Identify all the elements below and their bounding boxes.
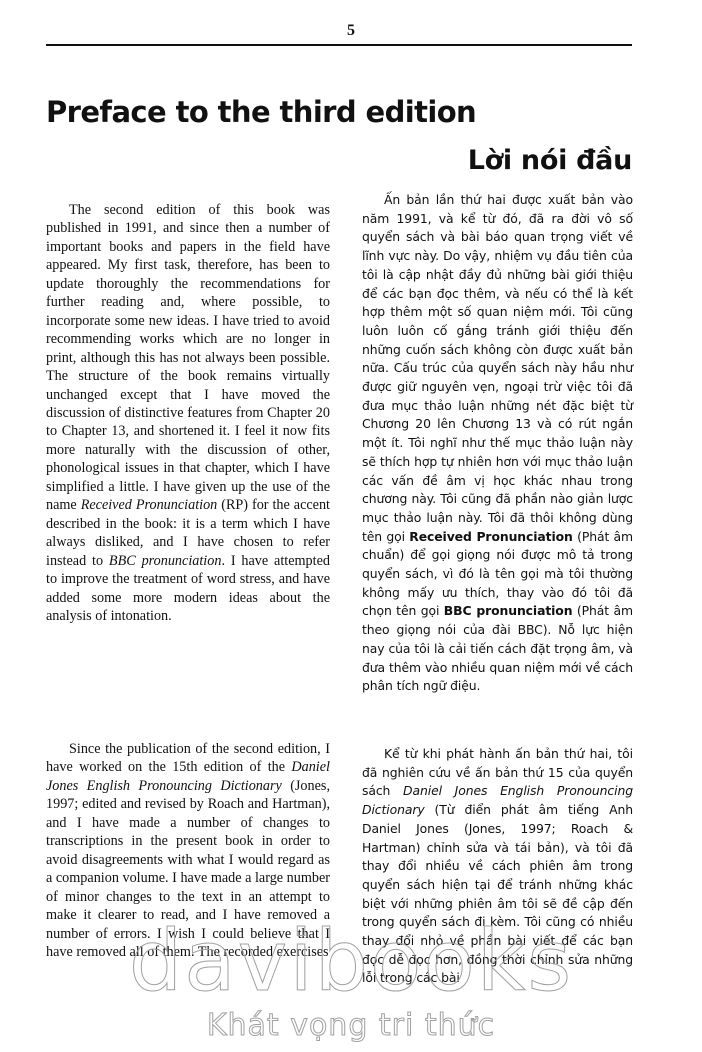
text-run: The second edition of this book was publ…	[46, 202, 330, 513]
bold-term-received-pronunciation: Received Pronunciation	[409, 529, 573, 544]
text-run: Since the publication of the second edit…	[46, 741, 330, 775]
italic-term-bbc-pronunciation: BBC pronunciation	[109, 553, 222, 569]
italic-term-received-pronunciation: Received Pronunciation	[81, 497, 218, 513]
paragraph-text: Ấn bản lần thứ hai được xuất bản vào năm…	[362, 191, 633, 696]
watermark-slogan: Khát vọng tri thức	[0, 1008, 702, 1043]
english-column-paragraph-1: The second edition of this book was publ…	[46, 201, 330, 625]
header-rule	[46, 44, 632, 46]
page-number: 5	[0, 22, 702, 40]
text-run: Ấn bản lần thứ hai được xuất bản vào năm…	[362, 192, 633, 544]
watermark-brand: davibooks	[0, 912, 702, 1010]
bold-term-bbc-pronunciation: BBC pronunciation	[444, 603, 573, 618]
paragraph-text: The second edition of this book was publ…	[46, 201, 330, 625]
vietnamese-column-paragraph-1: Ấn bản lần thứ hai được xuất bản vào năm…	[362, 191, 633, 696]
page-title-vietnamese: Lời nói đầu	[468, 145, 632, 176]
page-title-english: Preface to the third edition	[46, 95, 476, 129]
